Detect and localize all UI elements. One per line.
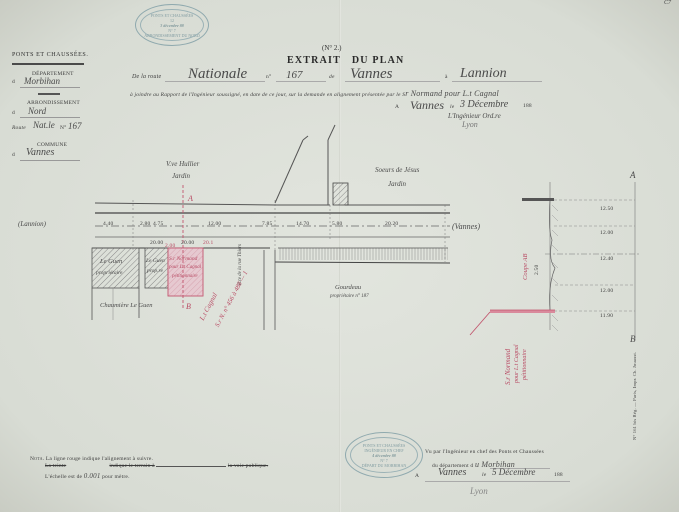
cemetery-label: Chaumière Le Guen [100,302,152,309]
coupe-owner-2: pour L.t Cagnal [514,344,520,383]
measurement: 2.00 [165,243,175,249]
scale-suffix: pour mètre. [102,474,130,480]
scale-value: 0.001 [84,472,101,480]
coupe-measurement: 12.50 [600,206,613,212]
north-right-use: Jardin [388,180,406,188]
pink-sub: pour L.t Cagnal [169,265,201,270]
nota-label: Nota. [30,456,44,462]
nota-line-2: La teinte indique le terrain à la voie p… [45,463,268,469]
south-left-role: propriétaire [96,270,122,276]
south-right-owner: Gourdeau [335,284,361,291]
measurement: 20.20 [385,221,398,227]
nota-line-1: Nota. La ligne rouge indique l'alignemen… [30,456,153,462]
coupe-measurement: 12.40 [600,256,613,262]
north-left-use: Jardin [172,172,190,180]
nota-text: La teinte [45,463,66,469]
south-mid-role: prop.re [147,268,163,274]
pink-owner: S.r Normand [169,256,197,262]
north-left-owner: V.ve Hullier [166,160,199,168]
measurement: 12.00 [208,221,221,227]
measurement: 7.85 [262,221,272,227]
measurement: 14.70 [296,221,309,227]
coupe-measurement: 12.00 [600,230,613,236]
underline [425,481,570,482]
coupe-measurement: 11.90 [600,313,613,319]
chief-engineer-signature: Lyon [470,486,488,496]
nota-text: la voie publique. [228,463,268,469]
bottom-stamp: PONTS ET CHAUSSÉES INGÉNIEUR EN CHEF 4 d… [345,432,423,478]
measurement: 20.1 [203,240,213,246]
vu-year: 188 [554,472,563,478]
measurement: 4.75 [153,221,163,227]
printer-note: N° 161 bis Rég. — Paris, Impr. Ch. Jouau… [632,352,637,440]
measurement: 5.80 [332,221,342,227]
point-a: A [188,194,193,203]
vu-line-1: Vu par l'Ingénieur en chef des Ponts et … [425,449,544,455]
west-road-label: (Lannion) [18,220,46,228]
point-b: B [186,302,191,311]
coupe-owner: S.r Normand [504,349,512,385]
south-mid-owner: Le Guen [146,258,165,264]
measurement: 4.40 [103,221,113,227]
vu-place: Vannes [438,467,466,478]
coupe-measurement: 12.00 [600,288,613,294]
pink-role: pétitionnaire [172,274,198,279]
coupe-dimension: 2.50 [534,265,540,275]
east-road-label: (Vannes) [452,222,480,231]
coupe-owner-3: pétitionnaire [522,349,528,380]
nota-text: La ligne rouge indique l'alignement à su… [46,456,153,462]
vu-date-label: le [482,472,486,478]
measurement: 20.00 [181,240,194,246]
vu-place-prefix: A [415,473,419,479]
coupe-point-a: A [630,170,636,180]
measurement: 2.80 [140,221,150,227]
document-page: C7 PONTS ET CHAUSSÉES 12 3 décembre 88 N… [0,0,679,512]
south-right-role: propriétaire n° 187 [330,294,369,299]
nota-text: indique le terrain à [109,463,154,469]
plan-drawing [0,0,679,512]
south-left-owner: Le Guen [100,258,122,265]
scale-prefix: L'échelle est de [45,474,82,480]
scale-line: L'échelle est de 0.001 pour mètre. [45,472,130,480]
north-right-owner: Soeurs de Jésus [375,166,419,174]
coupe-point-b: B [630,334,636,344]
measurement: 20.00 [150,240,163,246]
vu-date: 5 Décembre [492,467,535,477]
coupe-label: Coupe AB [522,254,529,280]
